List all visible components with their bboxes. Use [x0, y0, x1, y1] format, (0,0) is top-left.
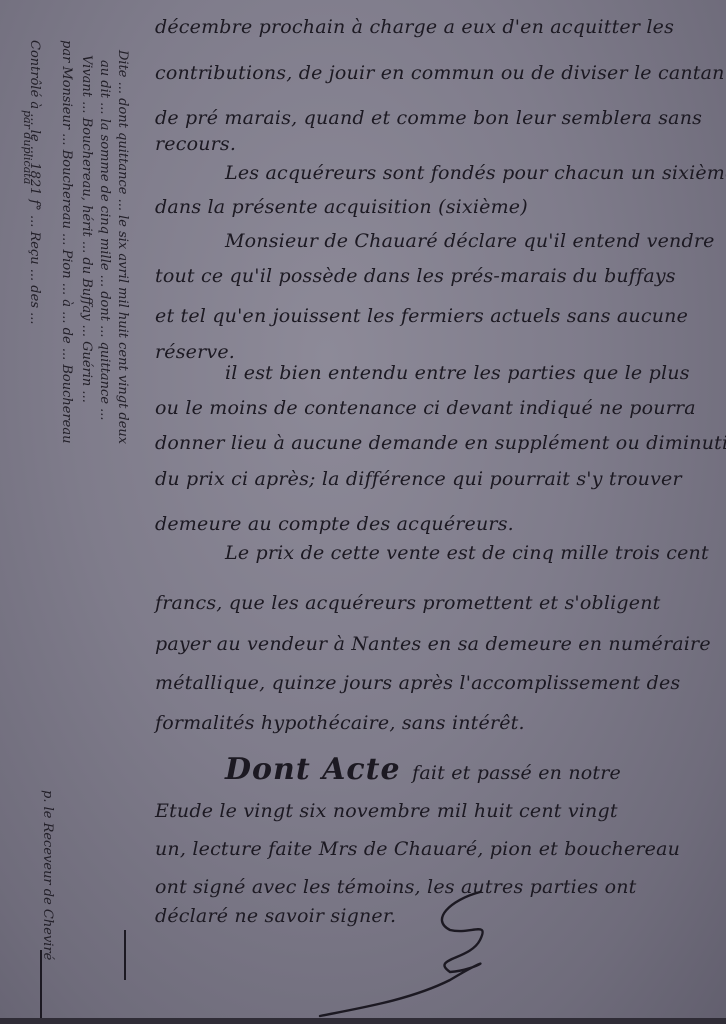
signature-paraphe-icon: [300, 880, 500, 1020]
text-line: du prix ci après; la différence qui pour…: [155, 468, 682, 490]
text-line: Monsieur de Chauaré déclare qu'il entend…: [225, 230, 715, 252]
text-line: dans la présente acquisition (sixième): [155, 196, 528, 218]
text-line: formalités hypothécaire, sans intérêt.: [155, 712, 525, 734]
text-line: et tel qu'en jouissent les fermiers actu…: [155, 305, 688, 327]
text-line: contributions, de jouir en commun ou de …: [155, 62, 725, 84]
text-line: payer au vendeur à Nantes en sa demeure …: [155, 633, 711, 655]
margin-note-line: au dit ... la somme de cinq mille ... do…: [97, 60, 112, 421]
document-page: Contrôlé à ... le ... 1821 f° ... Reçu .…: [0, 0, 726, 1024]
margin-note-line: par duplicata: [21, 110, 34, 184]
text-line: francs, que les acquéreurs promettent et…: [155, 592, 661, 614]
text-line: tout ce qu'il possède dans les prés-mara…: [155, 265, 676, 287]
margin-note-line: par Monsieur ... Bouchereau ... Pion ...…: [59, 40, 74, 443]
text-line: demeure au compte des acquéreurs.: [155, 513, 514, 535]
margin-note-line: Dite ... dont quittance ... le six avril…: [115, 50, 130, 444]
text-line: Les acquéreurs sont fondés pour chacun u…: [225, 162, 726, 184]
text-line: métallique, quinze jours après l'accompl…: [155, 672, 680, 694]
text-line: un, lecture faite Mrs de Chauaré, pion e…: [155, 838, 680, 860]
text-line: de pré marais, quand et comme bon leur s…: [155, 107, 702, 129]
text-line: Etude le vingt six novembre mil huit cen…: [155, 800, 618, 822]
text-line: recours.: [155, 133, 236, 155]
margin-rule: [124, 930, 126, 980]
text-line: Le prix de cette vente est de cinq mille…: [225, 542, 709, 564]
closing-heading-label: Dont Acte: [225, 752, 401, 787]
margin-rule: [40, 950, 42, 1020]
closing-heading: Dont Acte fait et passé en notre: [225, 752, 621, 787]
margin-note-line: Vivant ... Bouchereau, hérit ... du Buff…: [79, 55, 94, 403]
margin-signature: p. le Receveur de Cheviré: [40, 790, 55, 960]
text-line: il est bien entendu entre les parties qu…: [225, 362, 690, 384]
closing-heading-rest: fait et passé en notre: [412, 762, 621, 784]
text-line: décembre prochain à charge a eux d'en ac…: [155, 16, 674, 38]
text-line: donner lieu à aucune demande en suppléme…: [155, 432, 726, 454]
text-line: ou le moins de contenance ci devant indi…: [155, 397, 696, 419]
text-line: réserve.: [155, 341, 235, 363]
margin-annotation: Contrôlé à ... le ... 1821 f° ... Reçu .…: [0, 0, 150, 1024]
